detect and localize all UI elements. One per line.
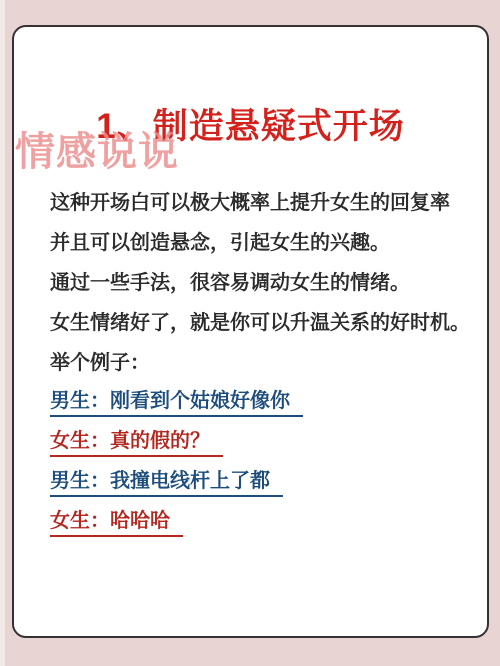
left-edge-strip xyxy=(0,0,5,666)
body-line: 并且可以创造悬念，引起女生的兴趣。 xyxy=(50,220,460,260)
body-line: 这种开场白可以极大概率上提升女生的回复率 xyxy=(50,180,460,220)
dialogue-line-male: 男生：我撞电线杆上了都 xyxy=(50,460,460,500)
post-image: 1、制造悬疑式开场 情感说说 这种开场白可以极大概率上提升女生的回复率 并且可以… xyxy=(0,0,500,666)
card-content: 这种开场白可以极大概率上提升女生的回复率 并且可以创造悬念，引起女生的兴趣。 通… xyxy=(50,180,460,540)
dialogue-text: 女生：哈哈哈 xyxy=(50,504,183,537)
example-label: 举个例子： xyxy=(50,340,460,380)
dialogue-line-female: 女生：哈哈哈 xyxy=(50,500,460,540)
watermark: 情感说说 xyxy=(15,120,179,177)
body-line: 通过一些手法，很容易调动女生的情绪。 xyxy=(50,260,460,300)
dialogue-line-female: 女生：真的假的？ xyxy=(50,420,460,460)
dialogue-text: 女生：真的假的？ xyxy=(50,424,223,457)
dialogue-text: 男生：刚看到个姑娘好像你 xyxy=(50,384,303,417)
dialogue-line-male: 男生：刚看到个姑娘好像你 xyxy=(50,380,460,420)
body-line: 女生情绪好了，就是你可以升温关系的好时机。 xyxy=(50,300,460,340)
dialogue-text: 男生：我撞电线杆上了都 xyxy=(50,464,283,497)
